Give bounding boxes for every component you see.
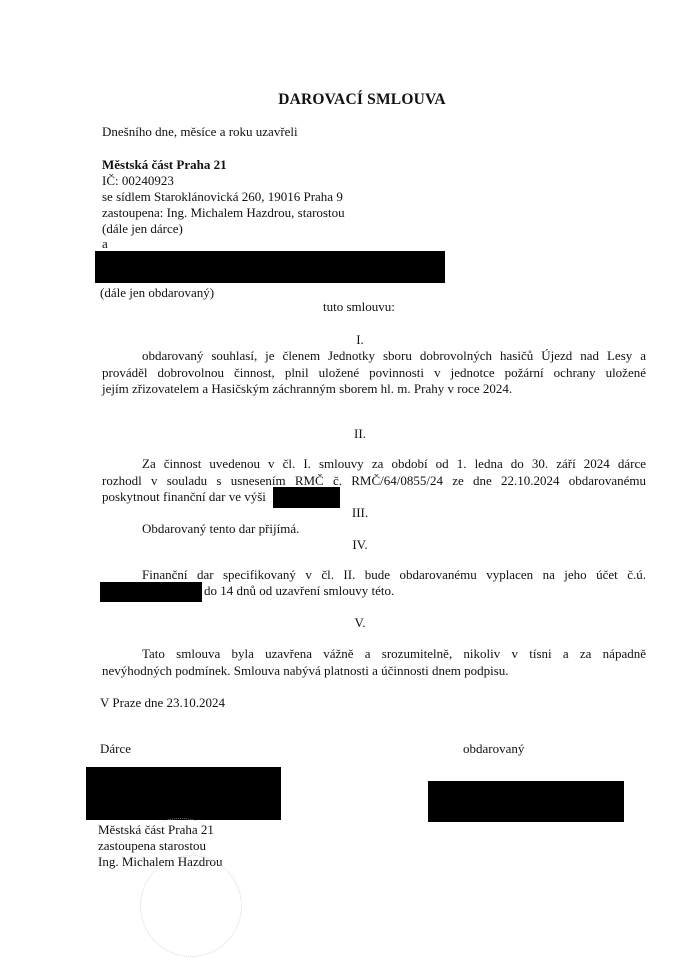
- article-line: poskytnout finanční dar ve výši: [102, 489, 646, 506]
- redacted-bank-account: [100, 582, 202, 602]
- official-stamp: [140, 855, 242, 957]
- article-3-number: III.: [330, 505, 390, 521]
- article-line: jejím zřizovatelem a Hasičským záchranný…: [102, 381, 646, 398]
- article-line: Za činnost uvedenou v čl. I. smlouvy za …: [102, 456, 646, 473]
- recipient-signature-label: obdarovaný: [463, 741, 524, 757]
- donor-name: Městská část Praha 21: [102, 157, 227, 173]
- article-line: Tato smlouva byla uzavřena vážně a srozu…: [102, 646, 646, 663]
- donor-sig-line: zastoupena starostou: [98, 838, 206, 854]
- intro-text: Dnešního dne, měsíce a roku uzavřeli: [102, 124, 298, 140]
- donor-ic: IČ: 00240923: [102, 173, 174, 189]
- document-title: DAROVACÍ SMLOUVA: [0, 91, 678, 109]
- article-4-text-cont: do 14 dnů od uzavření smlouvy této.: [204, 583, 394, 599]
- article-line: obdarovaný souhlasí, je členem Jednotky …: [102, 348, 646, 365]
- redacted-donor-signature: [86, 767, 281, 820]
- recipient-alias: (dále jen obdarovaný): [100, 285, 214, 301]
- donor-sig-line: Městská část Praha 21: [98, 822, 214, 838]
- donor-signature-label: Dárce: [100, 741, 131, 757]
- article-4-number: IV.: [330, 537, 390, 553]
- place-date: V Praze dne 23.10.2024: [100, 695, 225, 711]
- article-line: nevýhodných podmínek. Smlouva nabývá pla…: [102, 663, 646, 680]
- redacted-recipient-signature: [428, 781, 624, 822]
- article-line: rozhodl v souladu s usnesením RMČ č. RMČ…: [102, 473, 646, 490]
- article-1-text: obdarovaný souhlasí, je členem Jednotky …: [102, 348, 646, 398]
- article-1-number: I.: [330, 332, 390, 348]
- article-2-text: Za činnost uvedenou v čl. I. smlouvy za …: [102, 456, 646, 506]
- article-3-text: Obdarovaný tento dar přijímá.: [142, 521, 299, 537]
- article-line: prováděl dobrovolnou činnost, plnil ulož…: [102, 365, 646, 382]
- conjunction: a: [102, 236, 108, 252]
- article-5-text: Tato smlouva byla uzavřena vážně a srozu…: [102, 646, 646, 679]
- article-5-number: V.: [330, 615, 390, 631]
- donor-address: se sídlem Staroklánovická 260, 19016 Pra…: [102, 189, 343, 205]
- donor-alias: (dále jen dárce): [102, 221, 183, 237]
- article-2-number: II.: [330, 426, 390, 442]
- redacted-recipient-name: [95, 251, 445, 283]
- contract-label: tuto smlouvu:: [323, 299, 395, 315]
- donor-represented: zastoupena: Ing. Michalem Hazdrou, staro…: [102, 205, 345, 221]
